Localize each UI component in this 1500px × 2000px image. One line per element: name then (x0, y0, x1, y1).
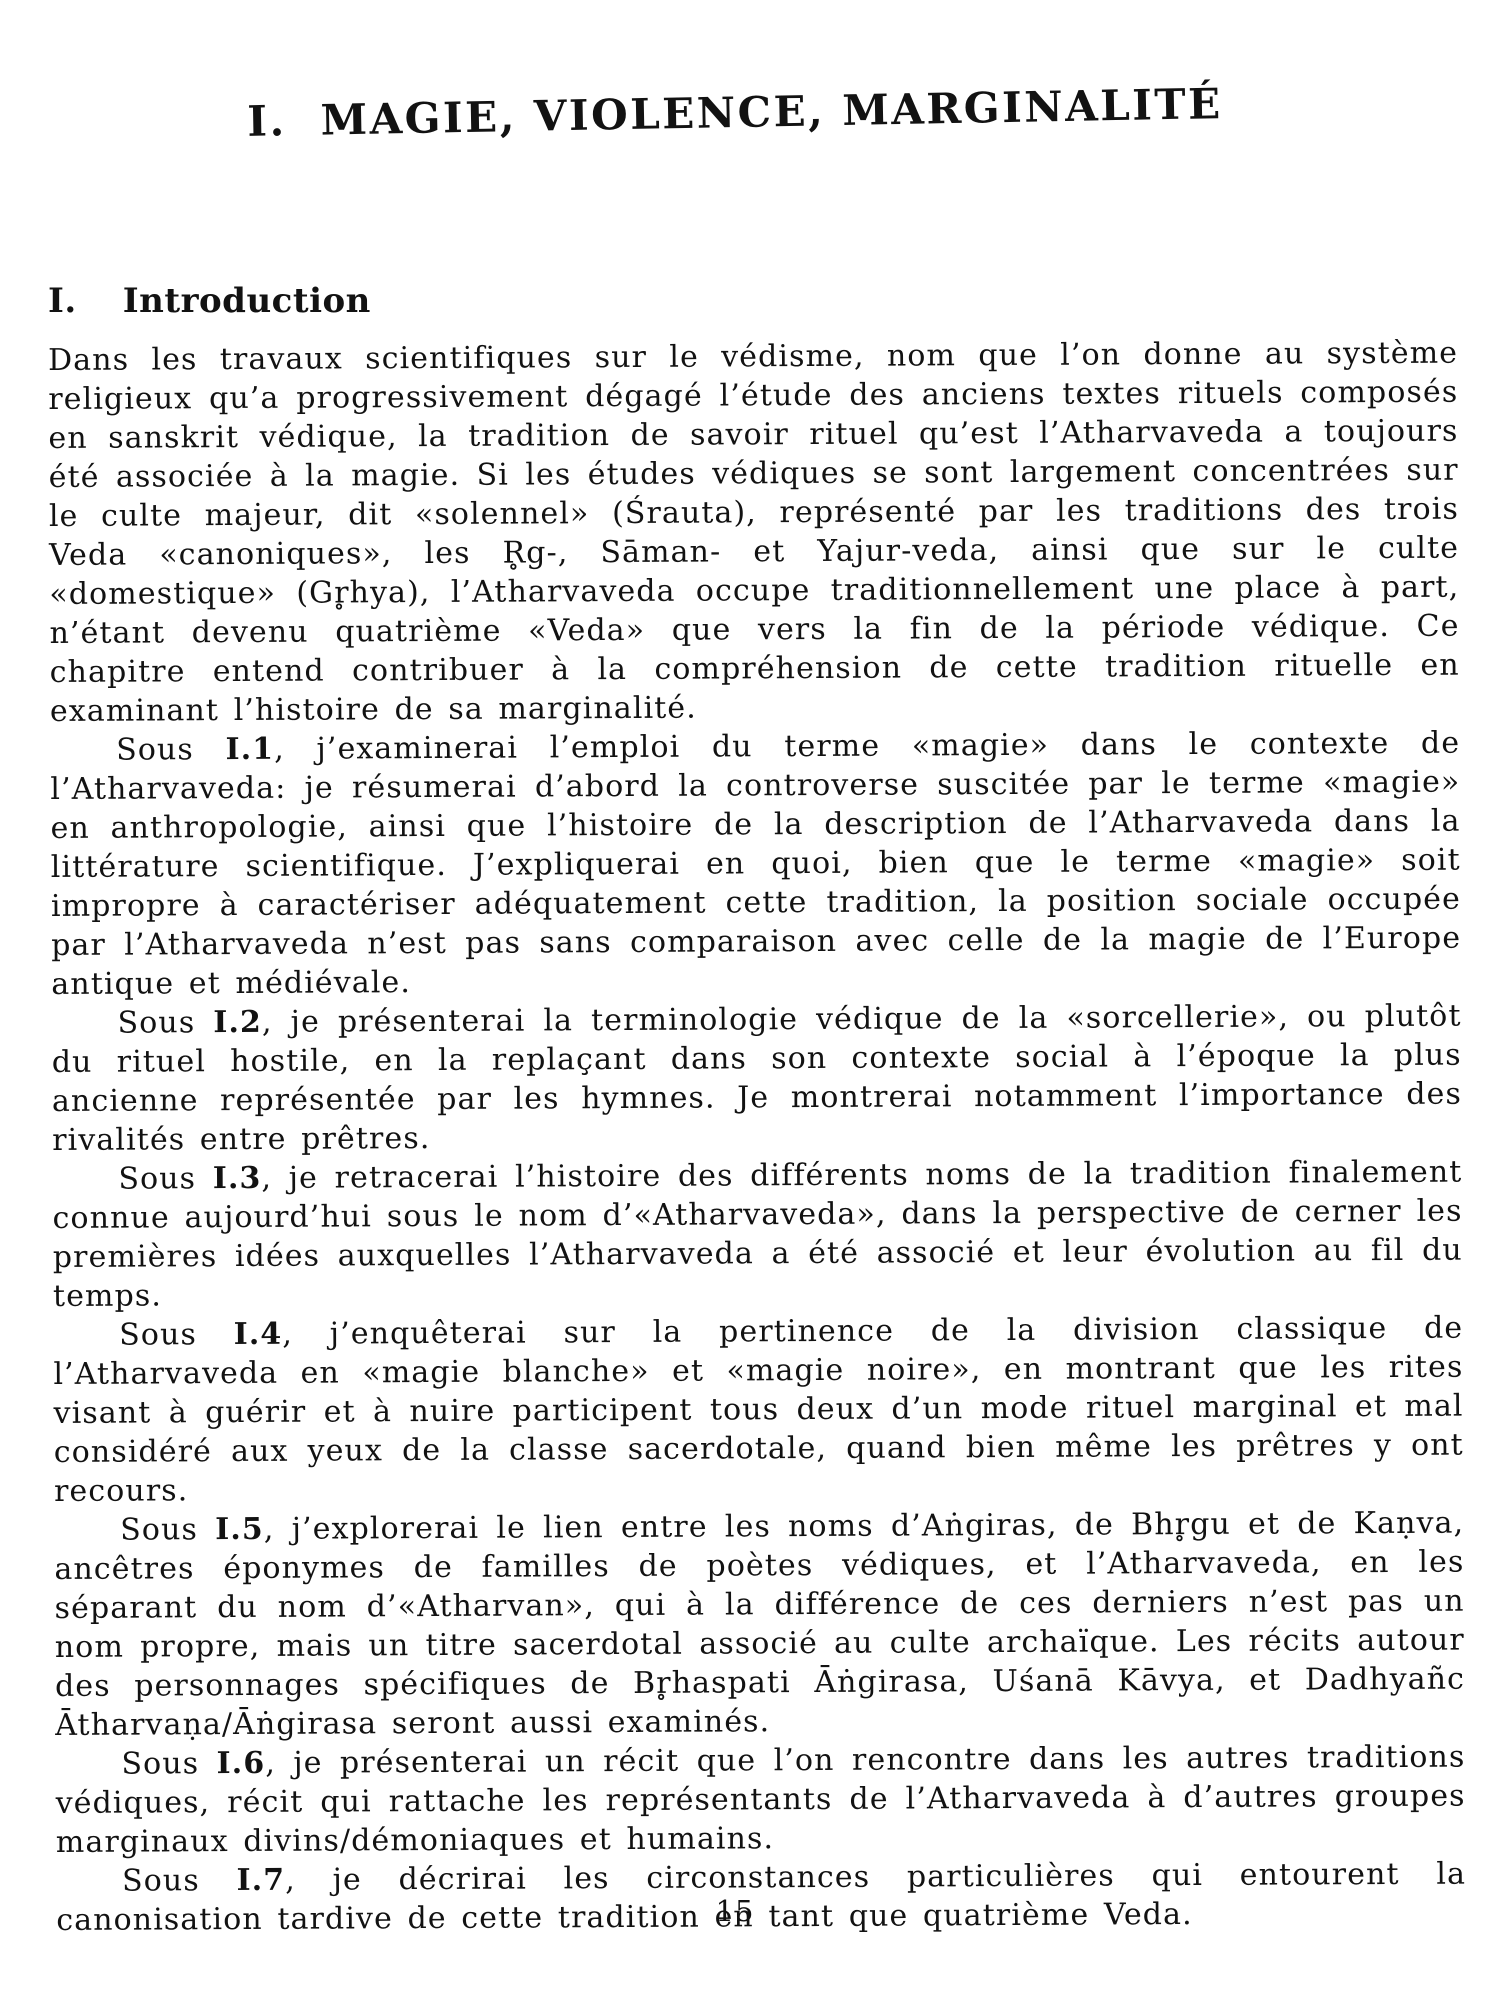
text-segment: Sous (116, 732, 226, 768)
section-ref: I.5 (215, 1512, 264, 1547)
text-segment: Sous (120, 1512, 215, 1547)
text-segment: Sous (121, 1746, 216, 1781)
body-paragraph: Sous I.4, j’enquêterai sur la pertinence… (53, 1309, 1464, 1511)
body-paragraph: Dans les travaux scientifiques sur le vé… (48, 334, 1460, 731)
section-ref: I.7 (236, 1863, 285, 1898)
section-ref: I.2 (213, 1005, 262, 1040)
section-ref: I.6 (217, 1746, 266, 1781)
body-paragraph: Sous I.6, je présenterai un récit que l’… (55, 1738, 1466, 1862)
body-paragraph: Sous I.2, je présenterai la terminologie… (51, 997, 1462, 1160)
section-number: I. (48, 281, 77, 321)
text-segment: Sous (117, 1005, 213, 1041)
text-segment: Sous (118, 1161, 213, 1196)
page-number: 15 (0, 1894, 1470, 1928)
section-heading: I.Introduction (48, 281, 371, 321)
body-paragraph: Sous I.3, je retracerai l’histoire des d… (52, 1153, 1463, 1316)
body-text: Dans les travaux scientifiques sur le vé… (48, 334, 1466, 1940)
text-segment: , je présenterai la terminologie védique… (52, 999, 1462, 1158)
section-label: Introduction (123, 281, 371, 321)
section-ref: I.3 (213, 1161, 262, 1196)
body-paragraph: Sous I.5, j’explorerai le lien entre les… (54, 1504, 1465, 1745)
text-segment: , j’explorerai le lien entre les noms d’… (54, 1506, 1465, 1743)
section-ref: I.4 (234, 1317, 283, 1352)
section-ref: I.1 (225, 732, 274, 767)
text-segment: , j’examinerai l’emploi du terme «magie»… (50, 726, 1461, 1002)
text-segment: Dans les travaux scientifiques sur le vé… (48, 336, 1460, 729)
text-segment: , je retracerai l’histoire des différent… (53, 1155, 1463, 1314)
chapter-number: I. (247, 96, 287, 146)
book-page: I.MAGIE, VIOLENCE, MARGINALITÉ I.Introdu… (0, 0, 1500, 2000)
text-segment: , je présenterai un récit que l’on renco… (56, 1740, 1466, 1860)
text-segment: Sous (119, 1317, 234, 1353)
chapter-title: I.MAGIE, VIOLENCE, MARGINALITÉ (0, 75, 1470, 151)
body-paragraph: Sous I.1, j’examinerai l’emploi du terme… (50, 724, 1461, 1004)
chapter-title-text: MAGIE, VIOLENCE, MARGINALITÉ (320, 79, 1223, 145)
